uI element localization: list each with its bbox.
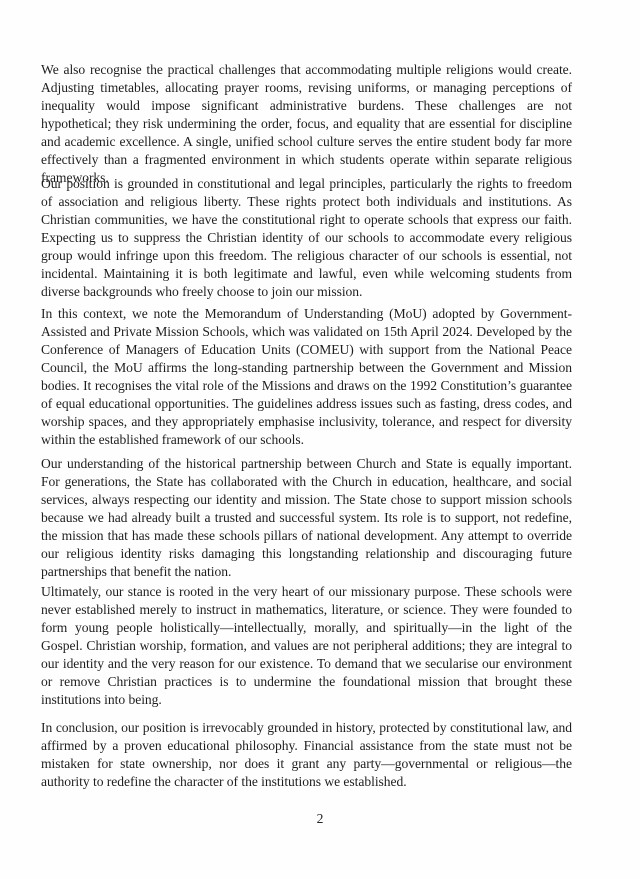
paragraph-church-state-partnership: Our understanding of the historical part… [41,455,572,581]
paragraph-missionary-purpose: Ultimately, our stance is rooted in the … [41,583,572,709]
paragraph-practical-challenges: We also recognise the practical challeng… [41,61,572,187]
document-page: We also recognise the practical challeng… [0,0,640,879]
paragraph-constitutional-principles: Our position is grounded in constitution… [41,175,572,301]
paragraph-memorandum-of-understanding: In this context, we note the Memorandum … [41,305,572,449]
paragraph-conclusion: In conclusion, our position is irrevocab… [41,719,572,791]
page-number: 2 [0,810,640,828]
